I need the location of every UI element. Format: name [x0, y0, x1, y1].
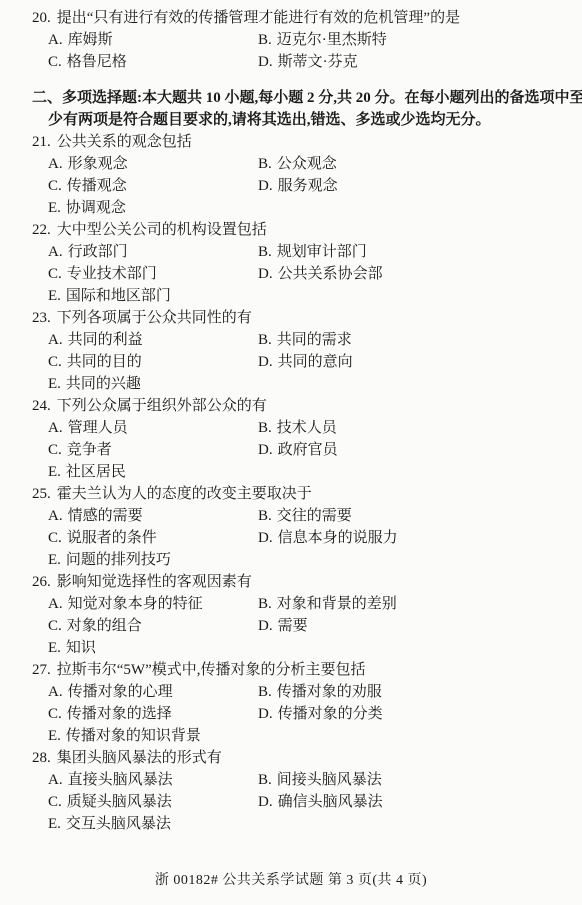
option-B: B.交往的需要: [258, 505, 582, 527]
question-line: 20.提出“只有进行有效的传播管理才能进行有效的危机管理”的是: [0, 7, 582, 29]
multiple-choice-questions: 21.公共关系的观念包括A.形象观念B.公众观念C.传播观念D.服务观念E.协调…: [0, 131, 582, 835]
option-label: A.: [48, 332, 63, 348]
option-text: 情感的需要: [68, 508, 143, 524]
option-text: 协调观念: [66, 200, 126, 216]
question-number: 23.: [32, 310, 51, 326]
option-A: A.库姆斯: [48, 29, 258, 51]
options-grid: A.库姆斯B.迈克尔·里杰斯特C.格鲁尼格D.斯蒂文·芬克: [0, 29, 582, 73]
option-label: C.: [48, 178, 62, 194]
option-label: A.: [48, 684, 63, 700]
option-text: 竞争者: [67, 442, 112, 458]
option-C: C.格鲁尼格: [48, 51, 258, 73]
option-text: 交互头脑风暴法: [66, 816, 171, 832]
option-label: C.: [48, 354, 62, 370]
option-text: 传播对象的知识背景: [66, 728, 201, 744]
option-C: C.传播观念: [48, 175, 258, 197]
option-label: B.: [258, 684, 272, 700]
option-E: E.国际和地区部门: [48, 285, 258, 307]
options-grid: A.行政部门B.规划审计部门C.专业技术部门D.公共关系协会部E.国际和地区部门: [0, 241, 582, 307]
question-text: 下列各项属于公众共同性的有: [57, 310, 252, 326]
option-label: A.: [48, 508, 63, 524]
option-text: 社区居民: [66, 464, 126, 480]
option-text: 对象和背景的差别: [277, 596, 397, 612]
question-text: 提出“只有进行有效的传播管理才能进行有效的危机管理”的是: [57, 10, 460, 26]
option-text: 共同的兴趣: [66, 376, 141, 392]
question-text: 公共关系的观念包括: [57, 134, 192, 150]
option-text: 说服者的条件: [67, 530, 157, 546]
option-text: 间接头脑风暴法: [277, 772, 382, 788]
question-number: 26.: [32, 574, 51, 590]
option-label: C.: [48, 442, 62, 458]
option-label: D.: [258, 178, 273, 194]
option-E: E.共同的兴趣: [48, 373, 258, 395]
option-E: E.知识: [48, 637, 258, 659]
option-C: C.说服者的条件: [48, 527, 258, 549]
option-B: B.间接头脑风暴法: [258, 769, 582, 791]
option-C: C.传播对象的选择: [48, 703, 258, 725]
option-label: B.: [258, 420, 272, 436]
option-text: 信息本身的说服力: [278, 530, 398, 546]
question-line: 23.下列各项属于公众共同性的有: [0, 307, 582, 329]
page-footer: 浙 00182# 公共关系学试题 第 3 页(共 4 页): [0, 870, 582, 892]
question-number: 27.: [32, 662, 51, 678]
option-label: B.: [258, 332, 272, 348]
question-text: 下列公众属于组织外部公众的有: [57, 398, 267, 414]
option-D: D.服务观念: [258, 175, 582, 197]
option-text: 政府官员: [278, 442, 338, 458]
option-text: 共同的意向: [278, 354, 353, 370]
question-text: 大中型公关公司的机构设置包括: [57, 222, 267, 238]
option-A: A.知觉对象本身的特征: [48, 593, 258, 615]
option-A: A.情感的需要: [48, 505, 258, 527]
option-C: C.对象的组合: [48, 615, 258, 637]
option-text: 交往的需要: [277, 508, 352, 524]
option-label: E.: [48, 640, 61, 656]
option-text: 技术人员: [277, 420, 337, 436]
option-text: 传播对象的劝服: [277, 684, 382, 700]
section-header-line-2: 少有两项是符合题目要求的,请将其选出,错选、多选或少选均无分。: [0, 109, 582, 131]
option-text: 斯蒂文·芬克: [278, 54, 358, 70]
option-label: D.: [258, 54, 273, 70]
option-D: D.斯蒂文·芬克: [258, 51, 582, 73]
question-27: 27.拉斯韦尔“5W”模式中,传播对象的分析主要包括A.传播对象的心理B.传播对…: [0, 659, 582, 747]
options-grid: A.形象观念B.公众观念C.传播观念D.服务观念E.协调观念: [0, 153, 582, 219]
option-E: E.问题的排列技巧: [48, 549, 258, 571]
option-E: E.协调观念: [48, 197, 258, 219]
question-number: 22.: [32, 222, 51, 238]
question-25: 25.霍夫兰认为人的态度的改变主要取决于A.情感的需要B.交往的需要C.说服者的…: [0, 483, 582, 571]
option-label: D.: [258, 530, 273, 546]
option-D: D.需要: [258, 615, 582, 637]
option-label: A.: [48, 32, 63, 48]
option-text: 形象观念: [68, 156, 128, 172]
option-text: 知觉对象本身的特征: [68, 596, 203, 612]
option-B: B.共同的需求: [258, 329, 582, 351]
option-E: E.传播对象的知识背景: [48, 725, 258, 747]
option-text: 质疑头脑风暴法: [67, 794, 172, 810]
option-label: B.: [258, 772, 272, 788]
option-text: 迈克尔·里杰斯特: [277, 32, 387, 48]
option-text: 对象的组合: [67, 618, 142, 634]
option-text: 共同的利益: [68, 332, 143, 348]
options-grid: A.传播对象的心理B.传播对象的劝服C.传播对象的选择D.传播对象的分类E.传播…: [0, 681, 582, 747]
option-label: A.: [48, 420, 63, 436]
option-label: E.: [48, 200, 61, 216]
question-text: 霍夫兰认为人的态度的改变主要取决于: [57, 486, 312, 502]
question-26: 26.影响知觉选择性的客观因素有A.知觉对象本身的特征B.对象和背景的差别C.对…: [0, 571, 582, 659]
option-text: 库姆斯: [68, 32, 113, 48]
section-2-header: 二、多项选择题:本大题共 10 小题,每小题 2 分,共 20 分。在每小题列出…: [0, 87, 582, 131]
option-text: 直接头脑风暴法: [68, 772, 173, 788]
option-B: B.公众观念: [258, 153, 582, 175]
option-text: 共同的目的: [67, 354, 142, 370]
question-number: 28.: [32, 750, 51, 766]
option-A: A.行政部门: [48, 241, 258, 263]
question-text: 集团头脑风暴法的形式有: [57, 750, 222, 766]
option-label: E.: [48, 552, 61, 568]
option-label: A.: [48, 772, 63, 788]
question-21: 21.公共关系的观念包括A.形象观念B.公众观念C.传播观念D.服务观念E.协调…: [0, 131, 582, 219]
option-E: E.交互头脑风暴法: [48, 813, 258, 835]
option-B: B.技术人员: [258, 417, 582, 439]
options-grid: A.知觉对象本身的特征B.对象和背景的差别C.对象的组合D.需要E.知识: [0, 593, 582, 659]
option-E: E.社区居民: [48, 461, 258, 483]
option-D: D.传播对象的分类: [258, 703, 582, 725]
option-label: E.: [48, 288, 61, 304]
option-text: 确信头脑风暴法: [278, 794, 383, 810]
option-B: B.传播对象的劝服: [258, 681, 582, 703]
option-text: 国际和地区部门: [66, 288, 171, 304]
question-20: 20.提出“只有进行有效的传播管理才能进行有效的危机管理”的是 A.库姆斯B.迈…: [0, 7, 582, 73]
option-text: 专业技术部门: [67, 266, 157, 282]
option-label: B.: [258, 32, 272, 48]
question-line: 26.影响知觉选择性的客观因素有: [0, 571, 582, 593]
question-line: 27.拉斯韦尔“5W”模式中,传播对象的分析主要包括: [0, 659, 582, 681]
options-grid: A.情感的需要B.交往的需要C.说服者的条件D.信息本身的说服力E.问题的排列技…: [0, 505, 582, 571]
option-label: D.: [258, 706, 273, 722]
option-text: 知识: [66, 640, 96, 656]
question-text: 拉斯韦尔“5W”模式中,传播对象的分析主要包括: [57, 662, 366, 678]
option-text: 行政部门: [68, 244, 128, 260]
option-label: C.: [48, 54, 62, 70]
option-label: C.: [48, 794, 62, 810]
option-C: C.竞争者: [48, 439, 258, 461]
option-label: D.: [258, 794, 273, 810]
option-B: B.迈克尔·里杰斯特: [258, 29, 582, 51]
section-header-line-1: 二、多项选择题:本大题共 10 小题,每小题 2 分,共 20 分。在每小题列出…: [0, 87, 582, 109]
question-number: 20.: [32, 10, 51, 26]
option-C: C.质疑头脑风暴法: [48, 791, 258, 813]
question-number: 21.: [32, 134, 51, 150]
option-text: 传播对象的分类: [278, 706, 383, 722]
option-text: 传播观念: [67, 178, 127, 194]
option-label: D.: [258, 354, 273, 370]
option-label: A.: [48, 156, 63, 172]
option-label: D.: [258, 442, 273, 458]
option-label: B.: [258, 596, 272, 612]
option-D: D.政府官员: [258, 439, 582, 461]
option-text: 格鲁尼格: [67, 54, 127, 70]
option-D: D.公共关系协会部: [258, 263, 582, 285]
option-A: A.直接头脑风暴法: [48, 769, 258, 791]
option-C: C.专业技术部门: [48, 263, 258, 285]
option-A: A.共同的利益: [48, 329, 258, 351]
question-22: 22.大中型公关公司的机构设置包括A.行政部门B.规划审计部门C.专业技术部门D…: [0, 219, 582, 307]
option-label: D.: [258, 266, 273, 282]
option-label: E.: [48, 464, 61, 480]
option-text: 公众观念: [277, 156, 337, 172]
option-text: 传播对象的选择: [67, 706, 172, 722]
option-label: A.: [48, 596, 63, 612]
option-A: A.管理人员: [48, 417, 258, 439]
option-text: 问题的排列技巧: [66, 552, 171, 568]
question-24: 24.下列公众属于组织外部公众的有A.管理人员B.技术人员C.竞争者D.政府官员…: [0, 395, 582, 483]
option-text: 传播对象的心理: [68, 684, 173, 700]
option-label: B.: [258, 244, 272, 260]
option-label: C.: [48, 530, 62, 546]
option-A: A.形象观念: [48, 153, 258, 175]
option-B: B.规划审计部门: [258, 241, 582, 263]
option-D: D.确信头脑风暴法: [258, 791, 582, 813]
question-text: 影响知觉选择性的客观因素有: [57, 574, 252, 590]
option-label: E.: [48, 376, 61, 392]
option-B: B.对象和背景的差别: [258, 593, 582, 615]
option-label: A.: [48, 244, 63, 260]
option-label: E.: [48, 816, 61, 832]
question-line: 28.集团头脑风暴法的形式有: [0, 747, 582, 769]
option-text: 服务观念: [278, 178, 338, 194]
question-line: 24.下列公众属于组织外部公众的有: [0, 395, 582, 417]
option-label: E.: [48, 728, 61, 744]
option-label: C.: [48, 706, 62, 722]
option-text: 管理人员: [68, 420, 128, 436]
option-D: D.共同的意向: [258, 351, 582, 373]
options-grid: A.管理人员B.技术人员C.竞争者D.政府官员E.社区居民: [0, 417, 582, 483]
question-line: 22.大中型公关公司的机构设置包括: [0, 219, 582, 241]
option-A: A.传播对象的心理: [48, 681, 258, 703]
option-text: 规划审计部门: [277, 244, 367, 260]
options-grid: A.共同的利益B.共同的需求C.共同的目的D.共同的意向E.共同的兴趣: [0, 329, 582, 395]
option-D: D.信息本身的说服力: [258, 527, 582, 549]
question-number: 25.: [32, 486, 51, 502]
option-label: B.: [258, 156, 272, 172]
option-label: D.: [258, 618, 273, 634]
option-label: C.: [48, 618, 62, 634]
option-label: C.: [48, 266, 62, 282]
option-text: 公共关系协会部: [278, 266, 383, 282]
option-C: C.共同的目的: [48, 351, 258, 373]
question-number: 24.: [32, 398, 51, 414]
question-28: 28.集团头脑风暴法的形式有A.直接头脑风暴法B.间接头脑风暴法C.质疑头脑风暴…: [0, 747, 582, 835]
option-label: B.: [258, 508, 272, 524]
option-text: 需要: [278, 618, 308, 634]
question-23: 23.下列各项属于公众共同性的有A.共同的利益B.共同的需求C.共同的目的D.共…: [0, 307, 582, 395]
exam-page: 20.提出“只有进行有效的传播管理才能进行有效的危机管理”的是 A.库姆斯B.迈…: [0, 0, 582, 905]
options-grid: A.直接头脑风暴法B.间接头脑风暴法C.质疑头脑风暴法D.确信头脑风暴法E.交互…: [0, 769, 582, 835]
question-line: 25.霍夫兰认为人的态度的改变主要取决于: [0, 483, 582, 505]
option-text: 共同的需求: [277, 332, 352, 348]
question-line: 21.公共关系的观念包括: [0, 131, 582, 153]
